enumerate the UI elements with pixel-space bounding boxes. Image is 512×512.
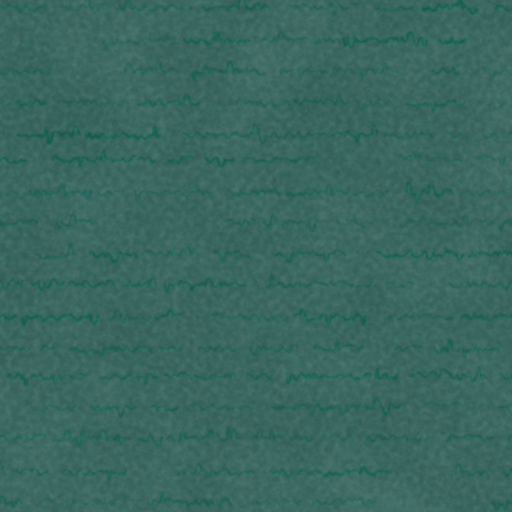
handwriting-script-layer	[0, 0, 512, 512]
paper-dark-mottling	[0, 0, 512, 512]
paper-grain-shadow-speckle	[0, 0, 512, 512]
paper-light-mottling	[0, 0, 512, 512]
paper-grain-highlight-speckle	[0, 0, 512, 512]
handwriting-paper-texture	[0, 0, 512, 512]
paper-grain-overlay	[0, 0, 512, 512]
